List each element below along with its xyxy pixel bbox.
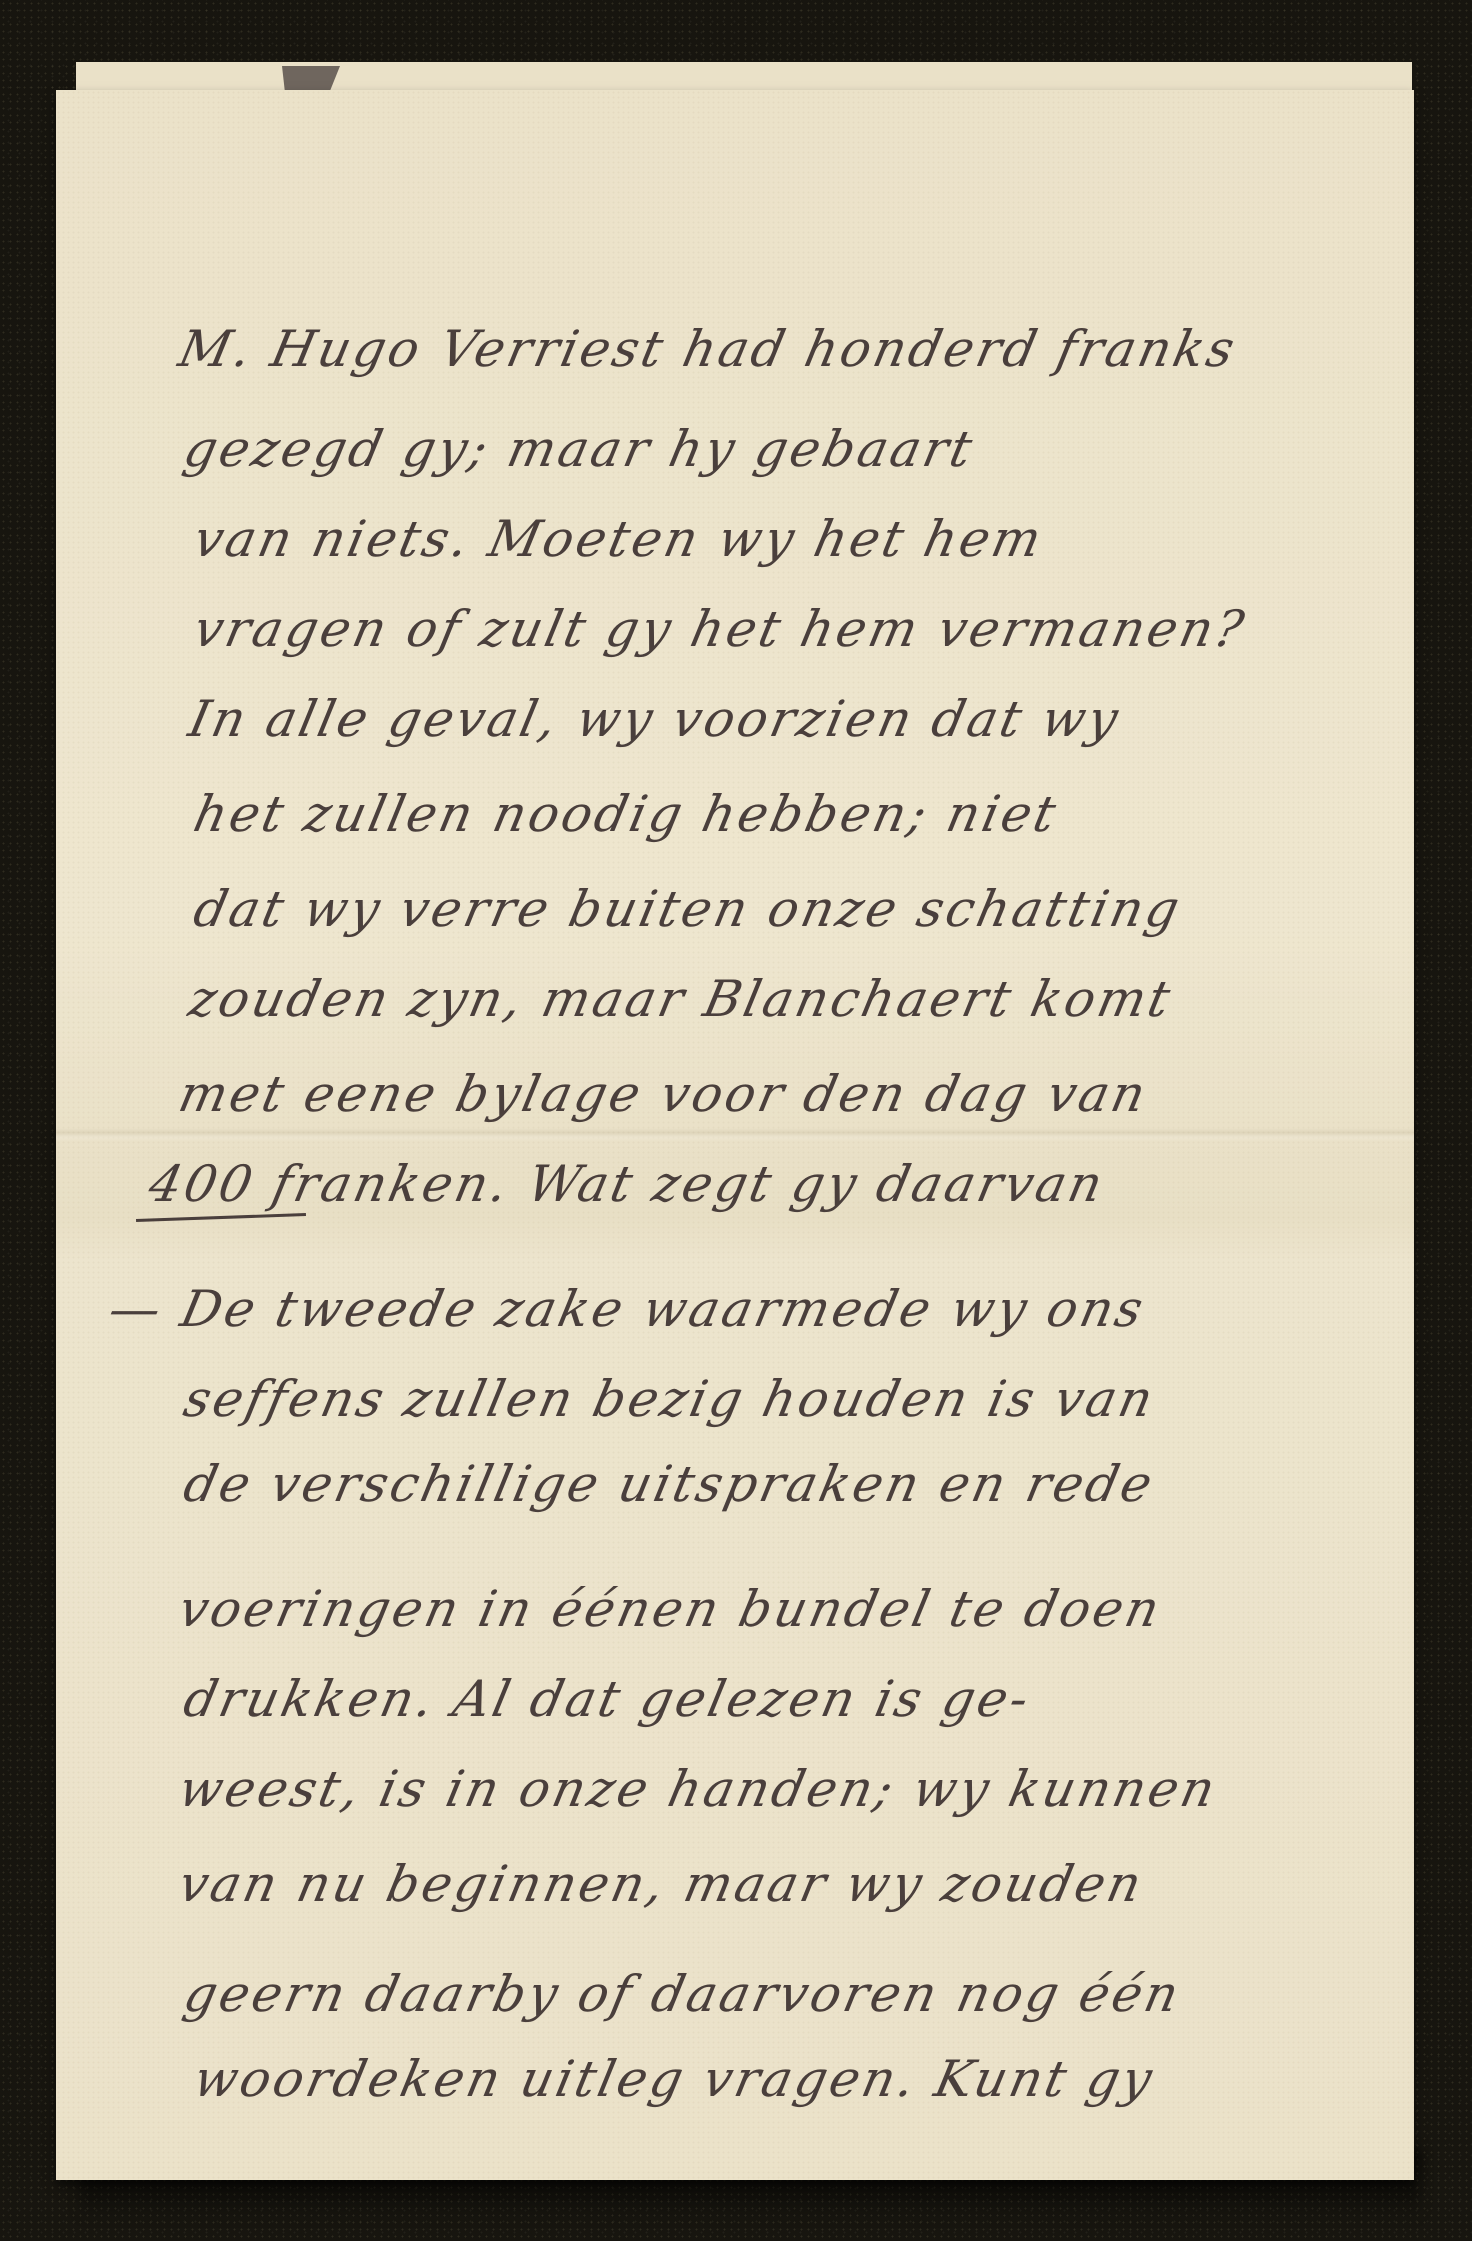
letter-line: seffens zullen bezig houden is van [179, 1370, 1161, 1428]
letter-line: M. Hugo Verriest had honderd franks [174, 320, 1242, 378]
letter-line: woordeken uitleg vragen. Kunt gy [189, 2050, 1160, 2108]
handwritten-text: M. Hugo Verriest had honderd franks geze… [0, 0, 1472, 2241]
letter-line: de verschillige uitspraken en rede [179, 1455, 1160, 1513]
letter-line: geern daarby of daarvoren nog één [179, 1965, 1187, 2023]
letter-line: drukken. Al dat gelezen is ge- [179, 1670, 1037, 1728]
letter-line: In alle geval, wy voorzien dat wy [184, 690, 1126, 748]
letter-line: het zullen noodig hebben; niet [189, 785, 1064, 843]
letter-line: vragen of zult gy het hem vermanen? [189, 600, 1252, 658]
letter-line: dat wy verre buiten onze schatting [189, 880, 1187, 938]
letter-line: gezegd gy; maar hy gebaart [179, 420, 980, 478]
letter-line: voeringen in éénen bundel te doen [174, 1580, 1168, 1638]
letter-line: 400 franken. Wat zegt gy daarvan [144, 1155, 1111, 1213]
letter-line: van niets. Moeten wy het hem [189, 510, 1049, 568]
underline-amount [136, 1213, 306, 1222]
letter-line: van nu beginnen, maar wy zouden [174, 1855, 1150, 1913]
letter-line: met eene bylage voor den dag van [174, 1065, 1154, 1123]
letter-line: — De tweede zake waarmede wy ons [104, 1280, 1151, 1338]
letter-line: weest, is in onze handen; wy kunnen [174, 1760, 1223, 1818]
letter-line: zouden zyn, maar Blanchaert komt [184, 970, 1178, 1028]
